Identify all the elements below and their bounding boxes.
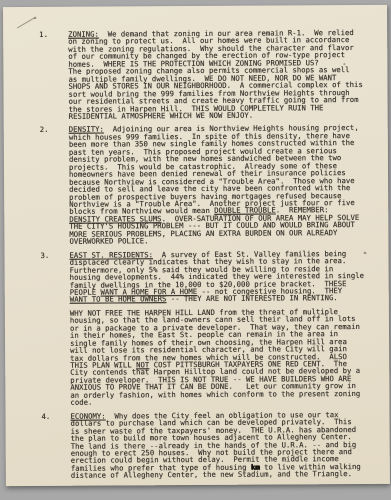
list-item-body: DENSITY: Adjoining our area is Northview… — [69, 124, 372, 245]
scan-background: 1.ZONING: We demand that zoning in our a… — [0, 0, 391, 500]
list-item-number: 1. — [39, 31, 69, 121]
underlined-text: WANT TO BE HOME OWNERS — [70, 295, 167, 305]
list-item: 1.ZONING: We demand that zoning in our a… — [39, 29, 374, 120]
paragraph: WHY NOT FREE THE HARPEN HILL LAND from t… — [70, 308, 373, 407]
paragraph: ZONING: We demand that zoning in our are… — [68, 29, 371, 120]
paragraph: DENSITY: Adjoining our area is Northview… — [69, 124, 372, 245]
paragraph: ECONOMY: Why does the City feel an oblig… — [70, 411, 372, 480]
list-item: 4.ECONOMY: Why does the City feel an obl… — [41, 411, 375, 480]
list-item-body: ZONING: We demand that zoning in our are… — [68, 29, 371, 120]
typewriter-text: Adjoining our area is Northview Heights … — [69, 123, 359, 216]
document-list: 1.ZONING: We demand that zoning in our a… — [3, 5, 390, 480]
list-item: 2.DENSITY: Adjoining our area is Northvi… — [40, 124, 375, 245]
list-item-body: ECONOMY: Why does the City feel an oblig… — [70, 411, 372, 480]
list-item-number: 3. — [40, 251, 70, 406]
typewriter-text: We demand that zoning in our area remain… — [68, 28, 363, 121]
typewriter-text: -- THEY ARE NOT INTERESTED IN RENTING. — [166, 294, 337, 304]
list-item-body: EAST ST. RESIDENTS: A survey of East St.… — [69, 250, 372, 407]
list-item: 3.EAST ST. RESIDENTS: A survey of East S… — [40, 250, 375, 407]
list-item-number: 4. — [41, 413, 70, 480]
ink-speck — [343, 63, 345, 65]
list-item-number: 2. — [40, 126, 70, 245]
paragraph: EAST ST. RESIDENTS: A survey of East St.… — [69, 250, 371, 304]
paper-page: 1.ZONING: We demand that zoning in our a… — [3, 5, 390, 486]
